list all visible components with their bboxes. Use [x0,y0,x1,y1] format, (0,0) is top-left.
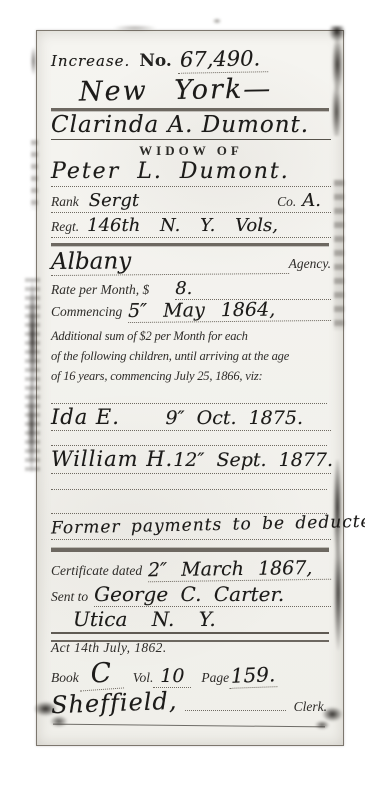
certificate-dated-value: 2″ March 1867, [148,557,331,583]
certificate-number: 67,490. [178,46,269,74]
widow-of-heading-row: WIDOW OF [51,143,331,159]
book-volume-page-row: Book C Vol. 10 Page 159. [51,658,331,688]
divider-rule [51,108,329,111]
signature-flourish [53,724,325,728]
widow-name: Clarinda A. Dumont. [51,112,309,138]
act-citation: Act 14th July, 1862. [51,640,167,656]
state-row: New York— [51,75,331,107]
certificate-number-row: Increase. No. 67,490. [51,47,331,77]
rank-label: Rank [51,194,79,210]
soldier-name: Peter L. Dumont. [51,159,290,184]
child-date: 9″ Oct. 1875. [165,407,303,429]
commencing-row: Commencing 5″ May 1864, [51,299,331,325]
company-value: A. [302,190,321,211]
sent-to-row: Sent to George C. Carter. [51,582,331,608]
commencing-value: 5″ May 1864, [128,298,331,323]
rate-label: Rate per Month, $ [51,282,149,298]
widow-name-row: Clarinda A. Dumont. [51,112,331,140]
agency-row: Albany Agency. [51,248,331,274]
pension-card: Increase. No. 67,490. New York— Clarinda… [36,30,344,746]
soldier-name-row: Peter L. Dumont. [51,159,331,187]
page-label: Page [201,670,229,686]
child-row: William H. 12″ Sept. 1877. [51,447,331,474]
clerk-signature: Sheffield, [51,687,178,719]
child-name: William H. [51,447,173,471]
rate-row: Rate per Month, $ 8. [51,278,331,299]
clerk-row: Sheffield, Clerk. [51,689,331,719]
clerk-label: Clerk. [294,699,327,715]
former-payments-note: Former payments to be deducted [51,512,365,539]
clause-text: Additional sum of $2 per Month for each [51,329,248,344]
signature-line [185,692,285,711]
sent-to-value: George C. Carter. [94,582,331,607]
document-scan: Increase. No. 67,490. New York— Clarinda… [0,0,365,788]
former-payments-row: Former payments to be deducted [51,515,331,540]
rate-value: 8. [175,278,331,300]
divider-rule [51,548,329,552]
certificate-dated-label: Certificate dated [51,563,142,579]
ruled-line [51,403,327,404]
additional-clause-line1: Additional sum of $2 per Month for each [51,329,331,347]
clause-text: of 16 years, commencing July 25, 1866, v… [51,369,263,384]
widow-of-heading: WIDOW OF [139,143,243,159]
number-label: No. [139,51,172,71]
act-row: Act 14th July, 1862. [51,640,331,657]
book-value: C [78,657,124,692]
child-date: 12″ Sept. 1877. [173,449,333,471]
sent-to-label: Sent to [51,589,88,605]
certificate-dated-row: Certificate dated 2″ March 1867, [51,558,331,583]
increase-annotation: Increase. [51,52,130,70]
ruled-line [51,489,327,490]
child-name: Ida E. [51,405,120,429]
additional-clause-line2: of the following children, until arrivin… [51,349,331,367]
book-label: Book [51,670,79,686]
regiment-value: 146th N. Y. Vols, [87,215,278,236]
child-row: Ida E. 9″ Oct. 1875. [51,405,331,431]
scan-mark-top-small [210,16,224,26]
rank-row: Rank Sergt Co. A. [51,190,331,213]
agency-label: Agency. [289,256,331,272]
vol-value: 10 [153,665,191,688]
company-label: Co. [277,194,296,210]
rank-value: Sergt [89,190,273,211]
page-value: 159. [229,662,278,689]
agency-value: Albany [51,247,289,276]
regiment-label: Regt. [51,219,79,235]
ruled-line [51,445,327,446]
sent-to-place-row: Utica N. Y. [51,607,331,632]
sent-to-place: Utica N. Y. [67,607,256,633]
commencing-label: Commencing [51,304,122,320]
state-name: New York— [79,73,273,107]
vol-label: Vol. [133,670,154,686]
card-content: Increase. No. 67,490. New York— Clarinda… [51,31,331,745]
additional-clause-line3: of 16 years, commencing July 25, 1866, v… [51,369,331,387]
clause-text: of the following children, until arrivin… [51,349,289,364]
divider-rule [51,243,329,246]
regiment-row: Regt. 146th N. Y. Vols, [51,215,331,238]
